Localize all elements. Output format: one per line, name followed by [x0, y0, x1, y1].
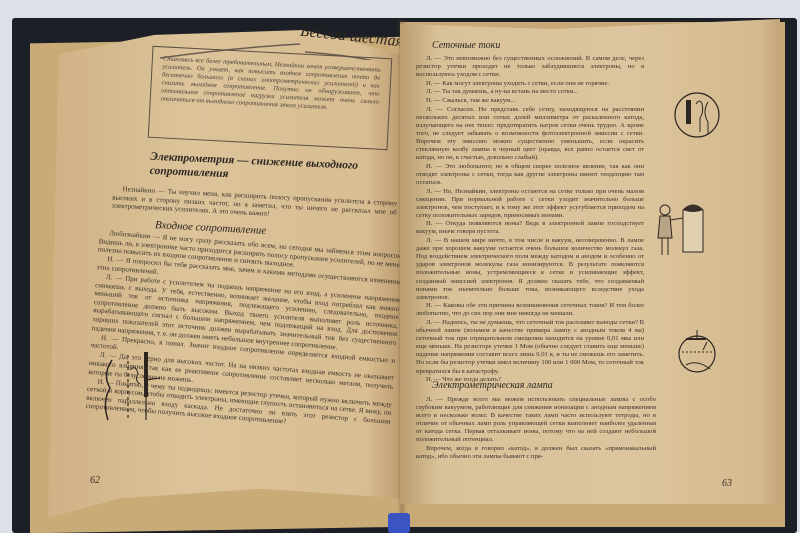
bookmark-ribbon: [388, 513, 410, 533]
subsection-title-electrometric-tube: Электрометрическая лампа: [432, 380, 553, 391]
paragraph: Н. — Сжалься, там же вакуум...: [416, 97, 644, 105]
grid-resistor-diagram-icon: [100, 350, 160, 430]
paragraph: Л. — Надеюсь, ты не думаешь, что сеточны…: [416, 319, 644, 376]
paragraph: Впрочем, когда я говорил «катод», я долж…: [416, 445, 656, 461]
paragraph: Л. — Но, Незнайкин, электроны остаются н…: [416, 188, 644, 220]
right-body-text-2: Л. — Прежде всего мы можем использовать …: [416, 396, 656, 462]
right-body-text: Л. — Это невозможно без существенных осл…: [416, 55, 644, 385]
paragraph: Л. — Прежде всего мы можем использовать …: [416, 396, 656, 445]
paragraph: Л. — Это невозможно без существенных осл…: [416, 55, 644, 79]
paragraph: Н. — Как могут электроны уходить с сетки…: [416, 80, 644, 88]
paragraph: Л. — В нашем мире ничто, в том числе и в…: [416, 237, 644, 302]
paragraph: Н. — Откуда появляются ионы? Ведь в элек…: [416, 220, 644, 236]
section-title-grid-currents: Сеточные токи: [432, 40, 500, 51]
chapter-intro-box: Становясь все более требовательным, Незн…: [148, 46, 392, 150]
chapter-intro: Становясь все более требовательным, Незн…: [161, 55, 381, 114]
tetrode-icon: [672, 330, 722, 375]
page-number-left: 62: [90, 475, 100, 486]
tube-electrodes-icon: [672, 90, 722, 140]
paragraph: Л. — Ты так думаешь, а ну-ка встань на м…: [416, 88, 644, 96]
paragraph: Н. — Каковы обе эти причины возникновени…: [416, 302, 644, 318]
child-and-lamp-icon: [655, 200, 710, 265]
page-number-right: 63: [722, 478, 732, 489]
paragraph: Н. — Это любопытно; но в общем скорее по…: [416, 163, 644, 187]
paragraph: Л. — Согласен. Но представь себе сетку, …: [416, 106, 644, 163]
